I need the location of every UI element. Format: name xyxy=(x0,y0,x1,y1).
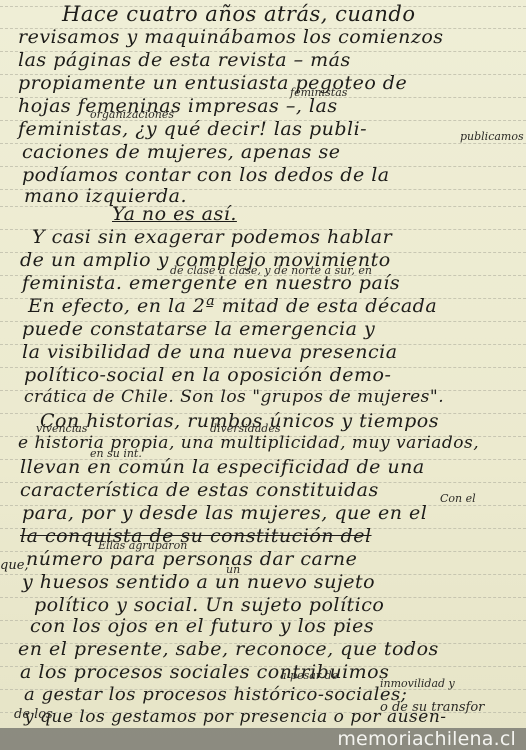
insertion-note: de clase a clase, y de norte a sur, en xyxy=(170,264,372,277)
insertion-note: feministas xyxy=(290,86,347,99)
manuscript-line: En efecto, en la 2ª mitad de esta década xyxy=(28,295,437,317)
insertion-note: publicamos xyxy=(460,130,524,143)
manuscript-line: y huesos sentido a un nuevo sujeto xyxy=(22,571,375,593)
insertion-note: Ellas agruparon xyxy=(98,539,187,552)
manuscript-line: característica de estas constituidas xyxy=(20,479,379,501)
insertion-note: diversidades xyxy=(210,422,281,435)
insertion-note: a pesar de xyxy=(280,669,338,682)
manuscript-line: e historia propia, una multiplicidad, mu… xyxy=(18,433,479,453)
manuscript-page: Hace cuatro años atrás, cuando revisamos… xyxy=(0,0,526,750)
insertion-note: inmovilidad y xyxy=(380,677,455,690)
insertion-note: un xyxy=(226,563,240,576)
manuscript-line: para, por y desde las mujeres, que en el xyxy=(22,502,427,524)
manuscript-line: Y casi sin exagerar podemos hablar xyxy=(32,226,392,248)
manuscript-line: a gestar los procesos histórico-sociales… xyxy=(24,684,407,705)
manuscript-line: revisamos y maquinábamos los comienzos xyxy=(18,26,444,48)
margin-note: que, xyxy=(0,558,29,573)
manuscript-line: Ya no es así. xyxy=(112,203,237,225)
manuscript-line: la visibilidad de una nueva presencia xyxy=(22,341,398,363)
insertion-note: organizaciones xyxy=(90,108,174,121)
manuscript-line: número para personas dar carne xyxy=(26,548,357,570)
insertion-note: o de su transfor xyxy=(380,700,484,715)
watermark-band: memoriachilena.cl xyxy=(0,728,526,750)
manuscript-line: en el presente, sabe, reconoce, que todo… xyxy=(18,638,439,660)
manuscript-line: crática de Chile. Son los "grupos de muj… xyxy=(24,387,444,407)
manuscript-line: llevan en común la especificidad de una xyxy=(20,456,425,478)
manuscript-line: caciones de mujeres, apenas se xyxy=(22,141,340,163)
manuscript-line: puede constatarse la emergencia y xyxy=(22,318,375,340)
insertion-note: de los xyxy=(14,707,53,722)
insertion-note: en su int. xyxy=(90,447,142,460)
manuscript-line: feministas, ¿y qué decir! las publi- xyxy=(18,118,367,140)
manuscript-line: Hace cuatro años atrás, cuando xyxy=(62,2,416,26)
manuscript-line: político y social. Un sujeto político xyxy=(34,594,384,616)
manuscript-line: con los ojos en el futuro y los pies xyxy=(30,615,374,637)
manuscript-line: propiamente un entusiasta pegoteo de xyxy=(18,72,407,94)
manuscript-line: la conquista de su constitución del xyxy=(20,525,372,547)
insertion-note: Con el xyxy=(440,492,476,505)
insertion-note: vivencias xyxy=(36,422,87,435)
manuscript-line: podíamos contar con los dedos de la xyxy=(22,164,390,186)
manuscript-line: las páginas de esta revista – más xyxy=(18,49,351,71)
watermark-text: memoriachilena.cl xyxy=(337,728,516,750)
manuscript-line: político-social en la oposición demo- xyxy=(24,364,391,386)
